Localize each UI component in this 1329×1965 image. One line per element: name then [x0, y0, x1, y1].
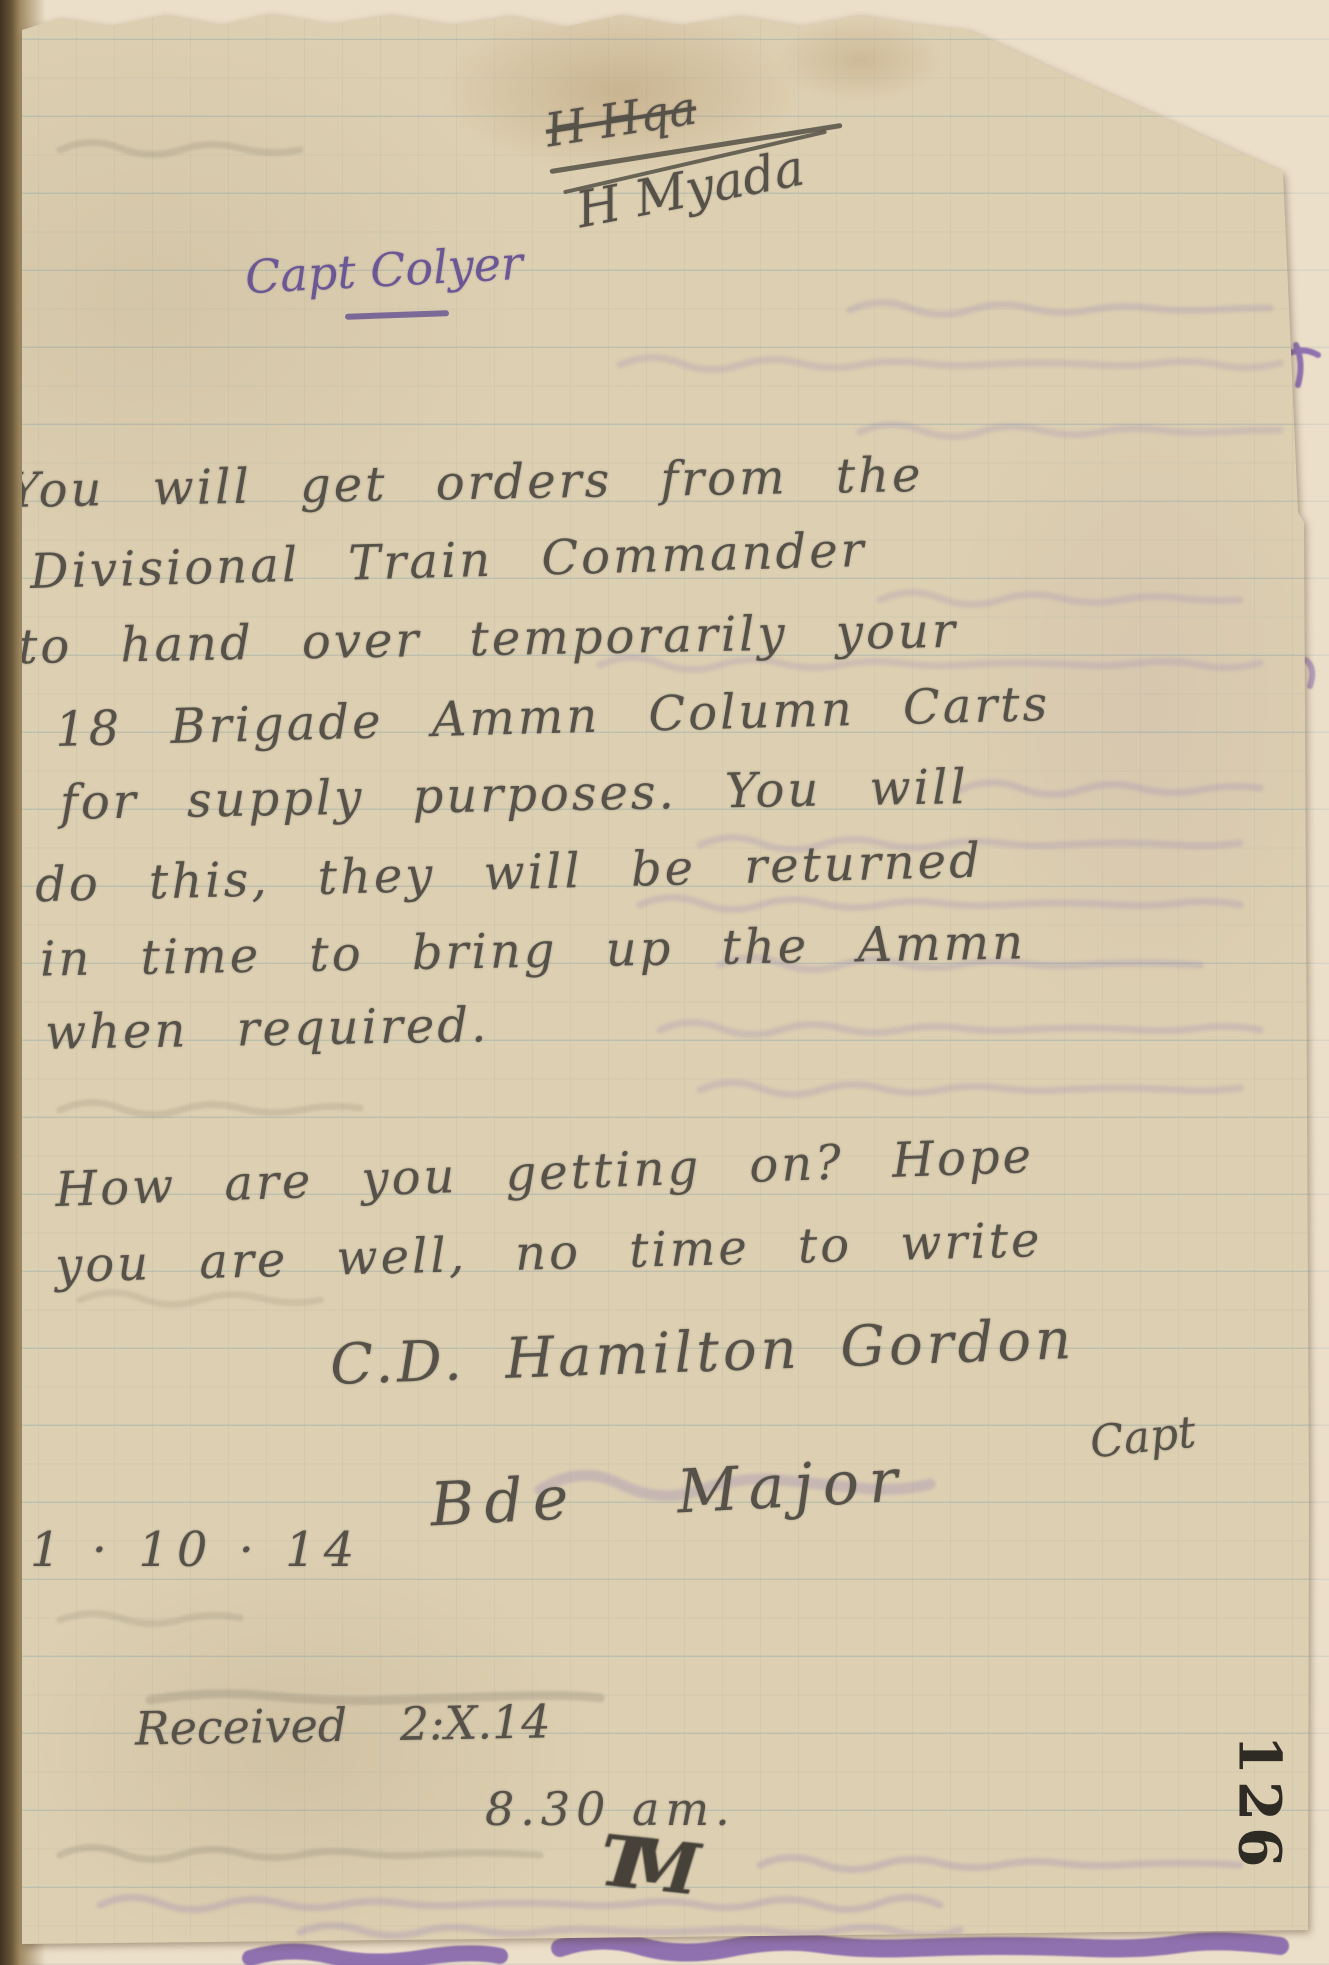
body-line: You will get orders from the [8, 447, 924, 519]
letter-sheet: H Hqa H Myada Capt Colyer You will get o… [0, 0, 1329, 1965]
body-line: for supply purposes. You will [60, 759, 970, 831]
received-line: Received 2:X.14 [135, 1694, 551, 1755]
body-line: Divisional Train Commander [29, 522, 867, 600]
header-crossed-out-text: H Hqa [542, 80, 700, 157]
body-line: when required. [45, 997, 490, 1061]
signature-name: C.D. Hamilton Gordon [329, 1307, 1076, 1398]
scanned-notebook-page: { "page": { "kind": "handwritten field m… [0, 0, 1329, 1965]
body-line: do this, they will be returned [34, 833, 983, 914]
header-addressee: Capt Colyer [244, 236, 524, 304]
body-line: 18 Brigade Ammn Column Carts [54, 676, 1050, 758]
letter-sheet-paper: H Hqa H Myada Capt Colyer You will get o… [0, 0, 1329, 1965]
body-line: in time to bring up the Ammn [40, 914, 1027, 987]
body-line: How are you getting on? Hope [54, 1128, 1035, 1218]
signature-appointment: Bde Major [428, 1446, 909, 1541]
page-number-stamp: 126 [1226, 1734, 1294, 1873]
body-line: to hand over temporarily your [18, 603, 959, 675]
received-initials: TM [596, 1819, 674, 1909]
addressee-underline [345, 310, 449, 320]
body-line: you are well, no time to write [54, 1212, 1043, 1294]
header-location-line: H Myada [572, 139, 809, 240]
signature-rank: Capt [1088, 1407, 1199, 1469]
date-line: 1 · 10 · 14 [30, 1522, 362, 1578]
